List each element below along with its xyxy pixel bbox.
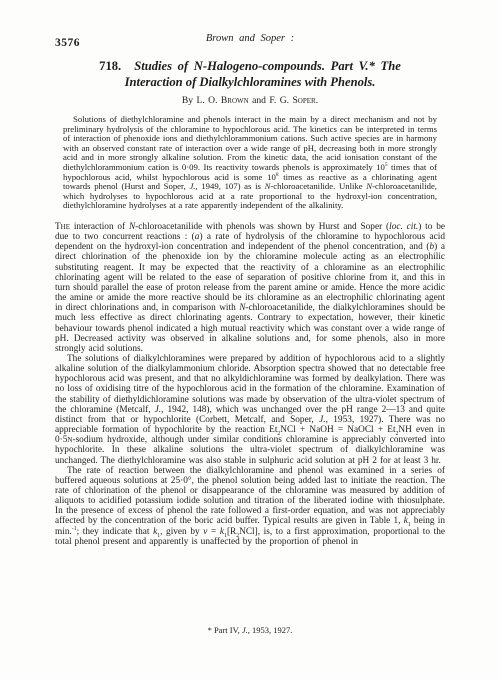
journal-page: 3576 Brown and Soper : 718.Studies of N-…	[0, 0, 500, 679]
article-body: The interaction of N-chloroacetanilide w…	[55, 222, 445, 547]
article-title-line-2: Interaction of Dialkylchloramines with P…	[55, 75, 445, 91]
byline-period: .	[316, 95, 318, 106]
author-2: F. G. Soper	[269, 95, 315, 106]
article-number: 718.	[99, 59, 121, 73]
abstract: Solutions of diethylchloramine and pheno…	[63, 115, 437, 211]
byline-conjunction: and	[252, 95, 266, 106]
article-title-block: 718.Studies of N-Halogeno-compounds. Par…	[55, 59, 445, 90]
article-title-line-1: 718.Studies of N-Halogeno-compounds. Par…	[55, 59, 445, 75]
page-header: 3576 Brown and Soper :	[55, 33, 445, 46]
byline: By L. O. Brown and F. G. Soper.	[55, 95, 445, 106]
article-title: Studies of N-Halogeno-compounds. Part V.…	[134, 59, 401, 73]
running-head: Brown and Soper :	[55, 33, 445, 44]
body-paragraph: The interaction of N-chloroacetanilide w…	[55, 222, 445, 354]
footnote: * Part IV, J., 1953, 1927.	[0, 625, 500, 635]
body-paragraph: The solutions of dialkylchloramines were…	[55, 354, 445, 466]
body-paragraph: The rate of reaction between the dialkyl…	[55, 466, 445, 547]
byline-prefix: By	[182, 95, 193, 106]
author-1: L. O. Brown	[197, 95, 249, 106]
